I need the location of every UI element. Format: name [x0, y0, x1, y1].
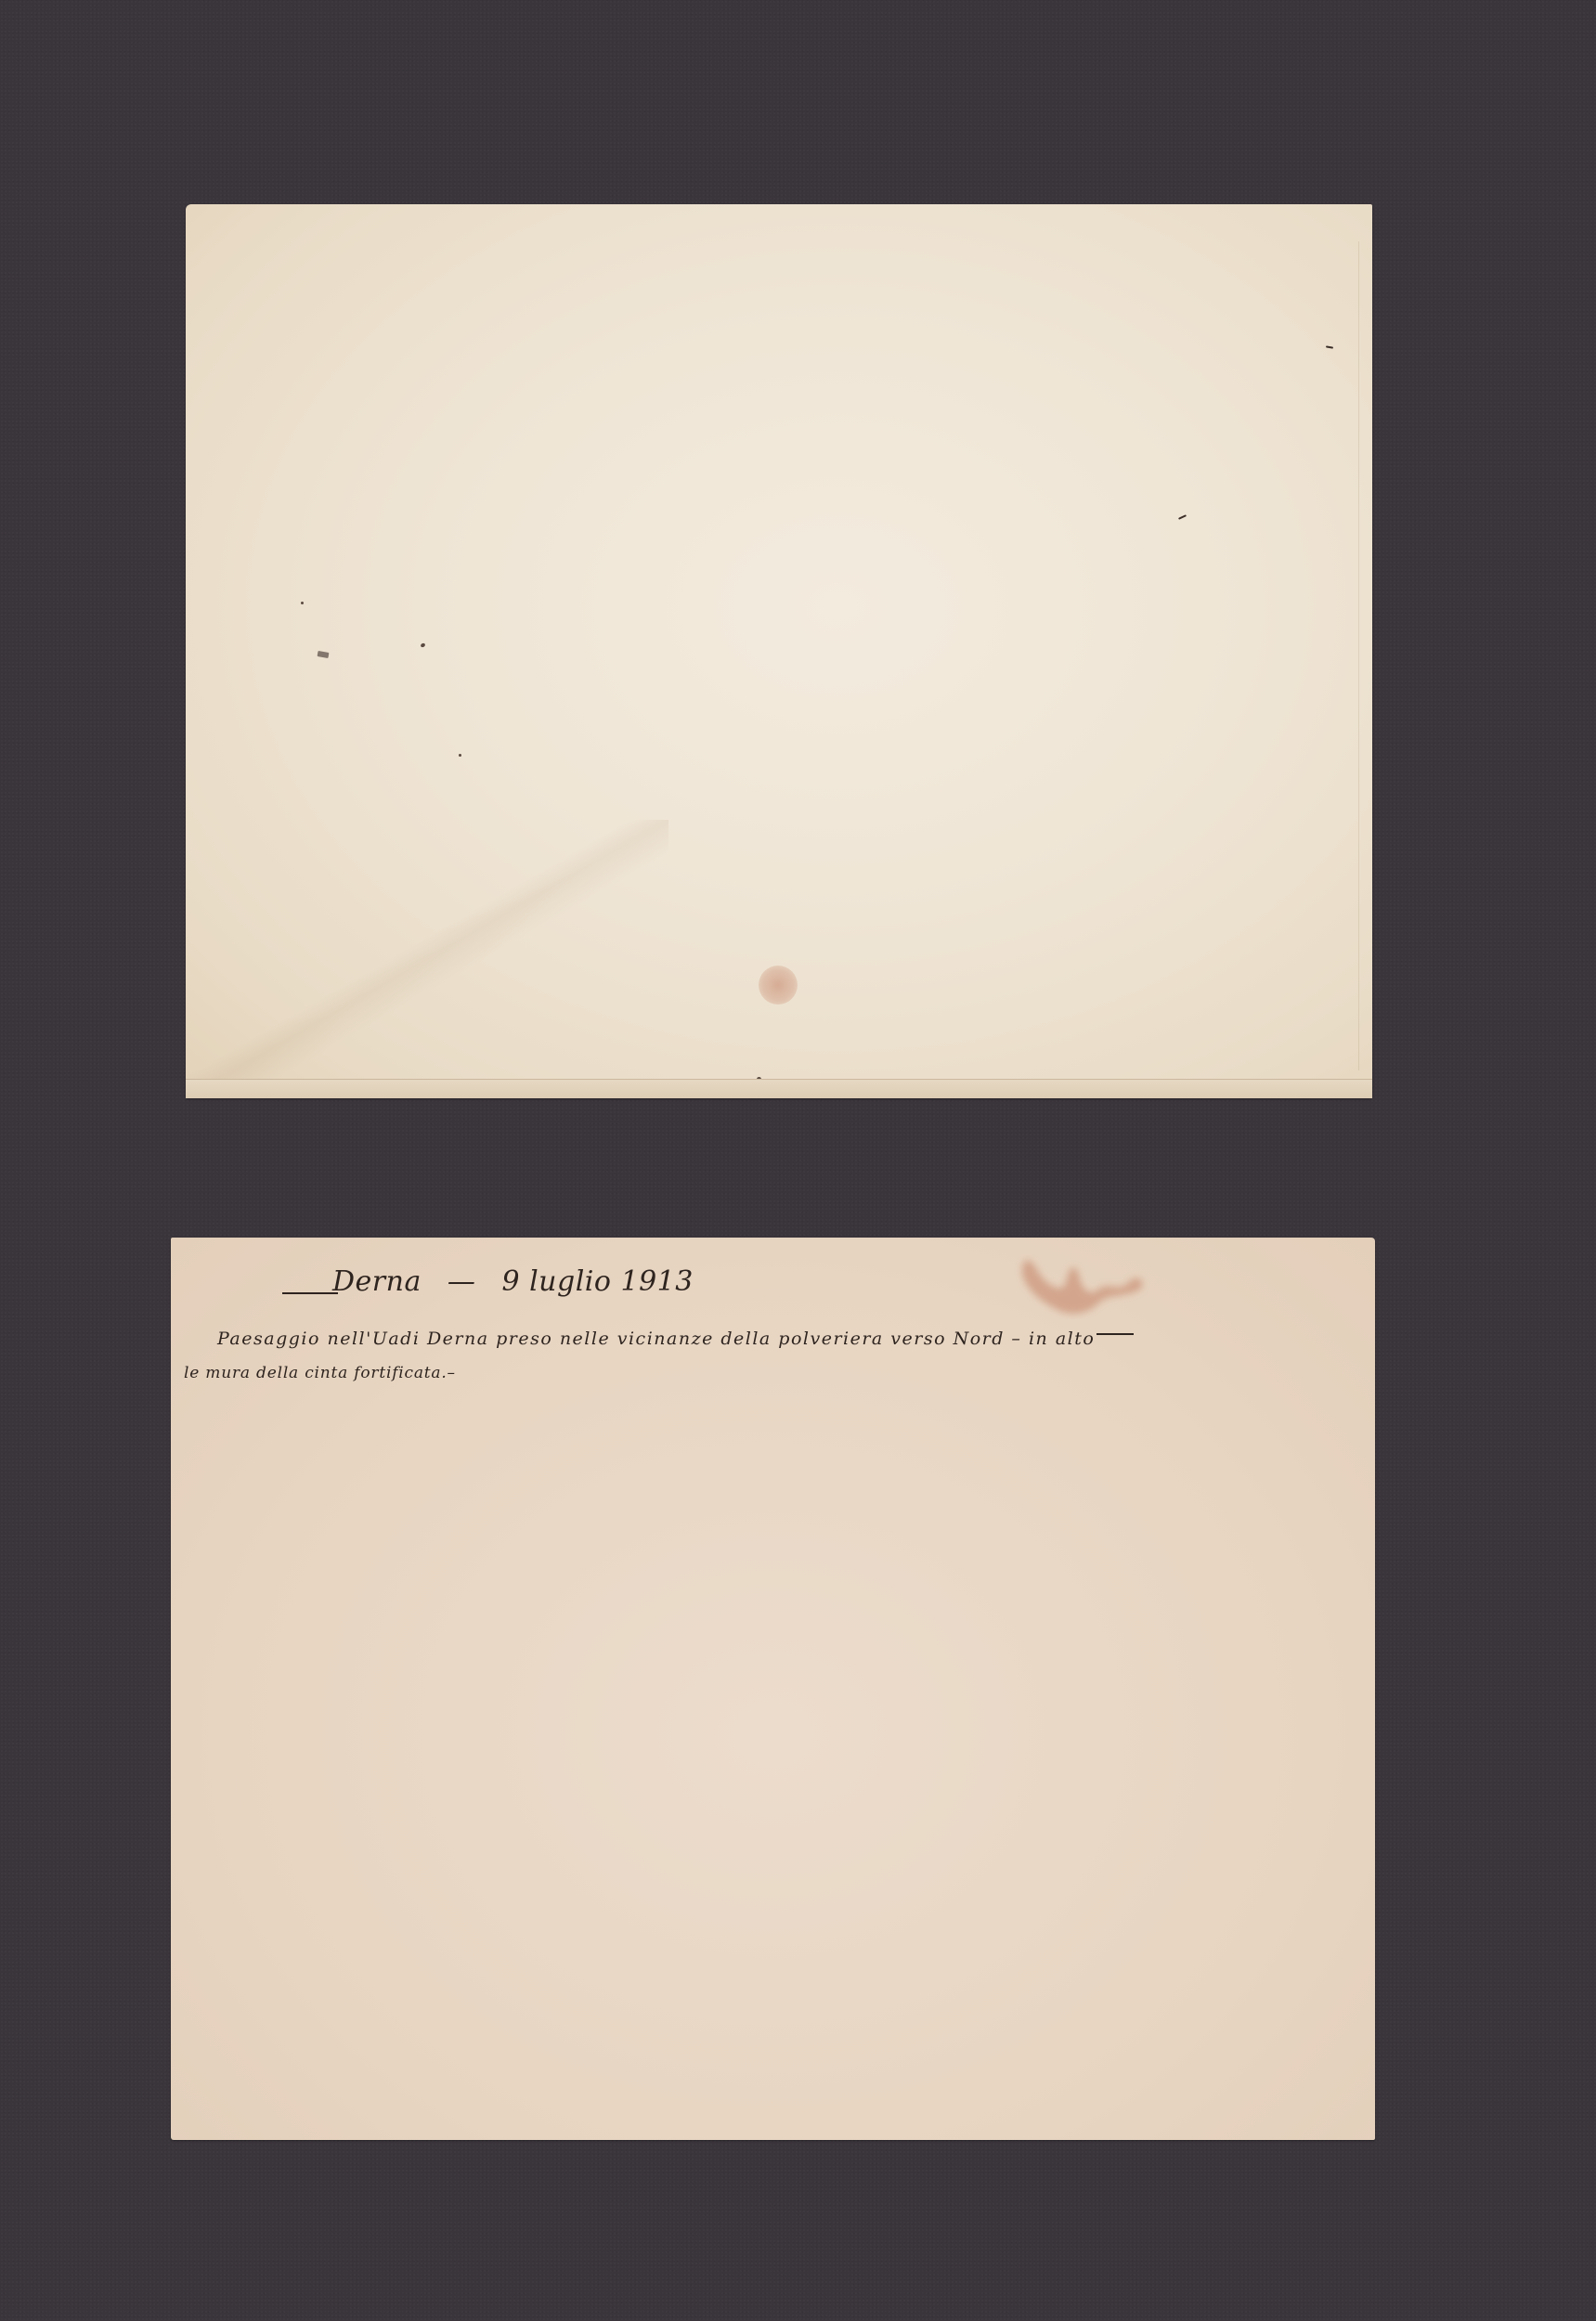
- caption-line-2: le mura della cinta fortificata.–: [184, 1364, 456, 1382]
- caption-line-2-text: le mura della cinta fortificata.–: [184, 1364, 456, 1382]
- photo-card-top: [186, 204, 1372, 1098]
- speck: [757, 1077, 761, 1082]
- stain-spot: [759, 966, 798, 1005]
- underline-stroke: [282, 1292, 338, 1294]
- caption-line-1: Paesaggio nell'Uadi Derna preso nelle vi…: [217, 1329, 1134, 1349]
- crease-mark: [1358, 241, 1359, 1070]
- caption-title: Derna — 9 luglio 1913: [282, 1265, 694, 1298]
- speck: [420, 642, 425, 648]
- ink-mark: [1178, 514, 1187, 520]
- photo-card-bottom: Derna — 9 luglio 1913 Paesaggio nell'Uad…: [171, 1238, 1375, 2140]
- caption-date: 9 luglio 1913: [501, 1265, 693, 1298]
- trailing-stroke: [1096, 1333, 1134, 1335]
- caption-place: Derna: [332, 1265, 422, 1298]
- caption-line-1-text: Paesaggio nell'Uadi Derna preso nelle vi…: [217, 1329, 1095, 1349]
- speck: [459, 754, 461, 757]
- speck: [301, 602, 304, 604]
- caption-separator: —: [448, 1265, 476, 1298]
- ink-mark: [318, 651, 330, 658]
- ink-mark: [1326, 345, 1333, 348]
- stain-splash: [988, 1247, 1164, 1330]
